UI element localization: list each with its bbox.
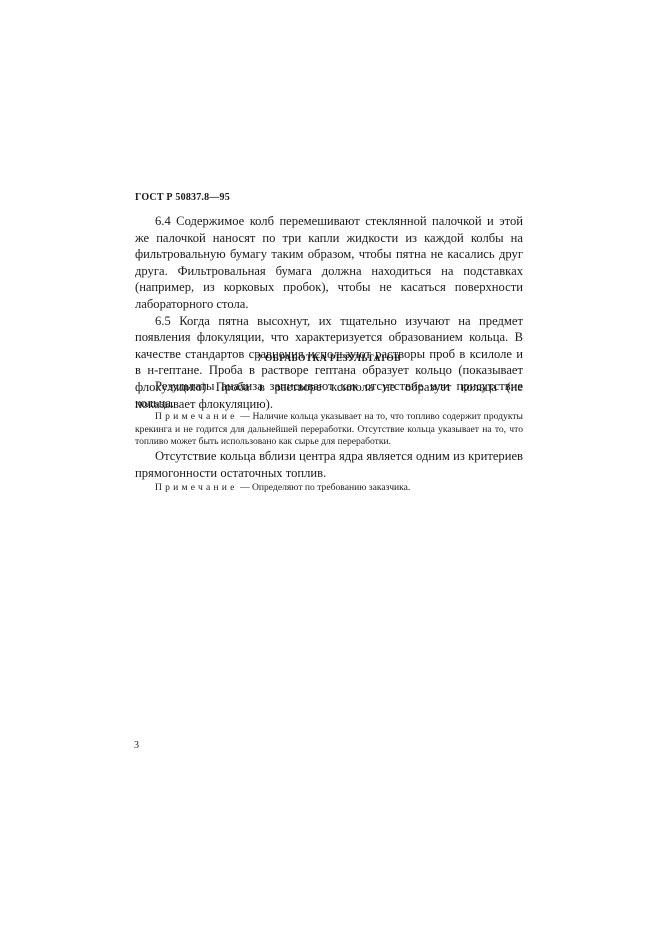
- paragraph-6-4: 6.4 Содержимое колб перемешивают стеклян…: [135, 213, 523, 313]
- note-1: Примечание — Наличие кольца указывает на…: [135, 411, 523, 448]
- note-2-text: — Определяют по требованию заказчика.: [238, 482, 411, 493]
- note-1-label: Примечание: [155, 411, 238, 422]
- page-number: 3: [134, 740, 139, 751]
- section-7-body: Результаты анализа записывают как отсутс…: [135, 378, 523, 494]
- section-7-title: 7 ОБРАБОТКА РЕЗУЛЬТАТОВ: [135, 353, 523, 364]
- standard-header: ГОСТ Р 50837.8—95: [135, 192, 230, 203]
- paragraph-ring-absence: Отсутствие кольца вблизи центра ядра явл…: [135, 448, 523, 481]
- note-2: Примечание — Определяют по требованию за…: [135, 482, 523, 494]
- paragraph-results: Результаты анализа записывают как отсутс…: [135, 378, 523, 411]
- note-2-label: Примечание: [155, 482, 238, 493]
